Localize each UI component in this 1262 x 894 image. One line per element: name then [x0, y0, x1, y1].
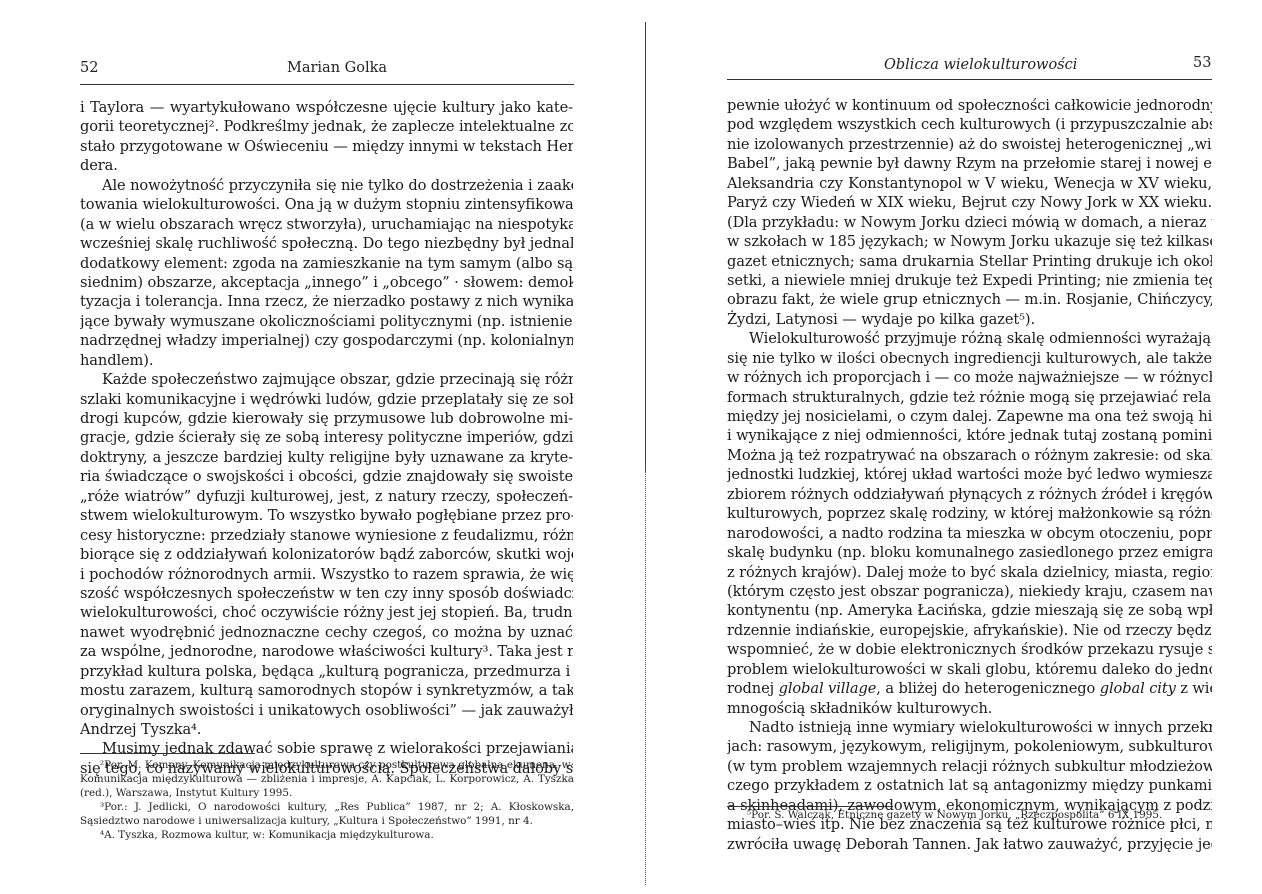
- text-line: formach strukturalnych, gdzie też różnie…: [727, 388, 1212, 407]
- text-line: Andrzej Tyszka⁴.: [80, 720, 573, 739]
- text-line: wcześniej skalę ruchliwość społeczną. Do…: [80, 234, 573, 253]
- text-line: dodatkowy element: zgoda na zamieszkanie…: [80, 254, 573, 273]
- text-line: mostu zarazem, kulturą samorodnych stopó…: [80, 681, 573, 700]
- text-line: (Dla przykładu: w Nowym Jorku dzieci mów…: [727, 213, 1212, 232]
- text-line: czego przykładem z ostatnich lat są anta…: [727, 776, 1212, 795]
- text-line: Babel”, jaką pewnie był dawny Rzym na pr…: [727, 154, 1212, 173]
- right-page: Oblicza wielokulturowości 53 pewnie ułoż…: [620, 0, 1262, 894]
- text-line: obrazu fakt, że wiele grup etnicznych — …: [727, 290, 1212, 309]
- text-line: Paryż czy Wiedeń w XIX wieku, Bejrut czy…: [727, 193, 1212, 212]
- text-line: (w tym problem wzajemnych relacji różnyc…: [727, 757, 1212, 776]
- text-line: „róże wiatrów” dyfuzji kulturowej, jest,…: [80, 487, 573, 506]
- text-line: gazet etnicznych; sama drukarnia Stellar…: [727, 252, 1212, 271]
- text-line: stwem wielokulturowym. To wszystko bywał…: [80, 506, 573, 525]
- footnote-line: (red.), Warszawa, Instytut Kultury 1995.: [80, 786, 574, 800]
- text-line: handlem).: [80, 351, 573, 370]
- text-line: kulturowych, poprzez skalę rodziny, w kt…: [727, 504, 1212, 523]
- footnote-line: ⁵Por. S. Walczak, Etniczne gazety w Nowy…: [727, 808, 1212, 822]
- text-line: Nadto istnieją inne wymiary wielokulturo…: [727, 718, 1212, 737]
- text-line: rdzennie indiańskie, europejskie, afryka…: [727, 621, 1212, 640]
- text-line: Żydzi, Latynosi — wydaje po kilka gazet⁵…: [727, 310, 1212, 329]
- text-line: cesy historyczne: przedziały stanowe wyn…: [80, 526, 573, 545]
- text-line: kontynentu (np. Ameryka Łacińska, gdzie …: [727, 601, 1212, 620]
- text-line: się nie tylko w ilości obecnych ingredie…: [727, 349, 1212, 368]
- footnotes: ²Por. M. Kempny, Komunikacja międzykultu…: [80, 758, 574, 842]
- page-number: 53: [1193, 55, 1211, 71]
- text-line: przykład kultura polska, będąca „kulturą…: [80, 662, 573, 681]
- text-line: jednostki ludzkiej, której układ wartośc…: [727, 465, 1212, 484]
- text-line: jące bywały wymuszane okolicznościami po…: [80, 312, 573, 331]
- text-line: doktryny, a jeszcze bardziej kulty relig…: [80, 448, 573, 467]
- text-line: Wielokulturowość przyjmuje różną skalę o…: [727, 329, 1212, 348]
- left-page: 52 Marian Golka i Taylora — wyartykułowa…: [0, 0, 620, 894]
- text-line: (którym często jest obszar pogranicza), …: [727, 582, 1212, 601]
- text-line: biorące się z oddziaływań kolonizatorów …: [80, 545, 573, 564]
- text-line: Każde społeczeństwo zajmujące obszar, gd…: [80, 370, 573, 389]
- running-head-author: Marian Golka: [287, 60, 387, 76]
- text-line: Ale nowożytność przyczyniła się nie tylk…: [80, 176, 573, 195]
- text-line: setki, a niewiele mniej drukuje też Expe…: [727, 271, 1212, 290]
- text-line: Musimy jednak zdawać sobie sprawę z wiel…: [80, 739, 573, 758]
- text-line: i pochodów różnorodnych armii. Wszystko …: [80, 565, 573, 584]
- text-line: stało przygotowane w Oświeceniu — między…: [80, 137, 573, 156]
- text-line: Aleksandria czy Konstantynopol w V wieku…: [727, 174, 1212, 193]
- text-line: zbiorem różnych oddziaływań płynących z …: [727, 485, 1212, 504]
- text-line: i Taylora — wyartykułowano współczesne u…: [80, 98, 573, 117]
- footnote-rule: [727, 806, 893, 807]
- text-line: rodnej global village, a bliżej do heter…: [727, 679, 1212, 698]
- text-line: zwróciła uwagę Deborah Tannen. Jak łatwo…: [727, 835, 1212, 854]
- text-line: za wspólne, jednorodne, narodowe właściw…: [80, 642, 573, 661]
- header-rule: [80, 84, 574, 85]
- text-line: w szkołach w 185 językach; w Nowym Jorku…: [727, 232, 1212, 251]
- footnote-line: ⁴A. Tyszka, Rozmowa kultur, w: Komunikac…: [80, 828, 574, 842]
- text-line: szość współczesnych społeczeństw w ten c…: [80, 584, 573, 603]
- text-line: siednim) obszarze, akceptacja „innego” i…: [80, 273, 573, 292]
- text-line: pewnie ułożyć w kontinuum od społecznośc…: [727, 96, 1212, 115]
- text-line: w różnych ich proporcjach i — co może na…: [727, 368, 1212, 387]
- text-line: skalę budynku (np. bloku komunalnego zas…: [727, 543, 1212, 562]
- text-line: nie izolowanych przestrzennie) aż do swo…: [727, 135, 1212, 154]
- text-line: między jej nosicielami, o czym dalej. Za…: [727, 407, 1212, 426]
- body-text: pewnie ułożyć w kontinuum od społecznośc…: [727, 96, 1212, 854]
- text-line: dera.: [80, 156, 573, 175]
- footnote-line: ³Por.: J. Jedlicki, O narodowości kultur…: [80, 800, 574, 814]
- text-line: (a w wielu obszarach wręcz stworzyła), u…: [80, 215, 573, 234]
- footnotes: ⁵Por. S. Walczak, Etniczne gazety w Nowy…: [727, 808, 1212, 822]
- text-line: ria świadczące o swojskości i obcości, g…: [80, 467, 573, 486]
- body-text: i Taylora — wyartykułowano współczesne u…: [80, 98, 573, 778]
- footnote-line: Komunikacja międzykulturowa — zbliżenia …: [80, 772, 574, 786]
- text-line: Można ją też rozpatrywać na obszarach o …: [727, 446, 1212, 465]
- footnote-line: ²Por. M. Kempny, Komunikacja międzykultu…: [80, 758, 574, 772]
- text-line: pod względem wszystkich cech kulturowych…: [727, 115, 1212, 134]
- text-line: nadrzędnej władzy imperialnej) czy gospo…: [80, 331, 573, 350]
- text-line: tyzacja i tolerancja. Inna rzecz, że nie…: [80, 292, 573, 311]
- text-line: oryginalnych swoistości i unikatowych os…: [80, 701, 573, 720]
- text-line: i wynikające z niej odmienności, które j…: [727, 426, 1212, 445]
- text-line: towania wielokulturowości. Ona ją w duży…: [80, 195, 573, 214]
- running-head-title: Oblicza wielokulturowości: [884, 57, 1077, 73]
- header-rule: [727, 79, 1212, 80]
- text-line: szlaki komunikacyjne i wędrówki ludów, g…: [80, 390, 573, 409]
- footnote-line: Sąsiedztwo narodowe i uniwersalizacja ku…: [80, 814, 574, 828]
- text-line: narodowości, a nadto rodzina ta mieszka …: [727, 524, 1212, 543]
- text-line: jach: rasowym, językowym, religijnym, po…: [727, 737, 1212, 756]
- text-line: gorii teoretycznej². Podkreślmy jednak, …: [80, 117, 573, 136]
- text-line: gracje, gdzie ścierały się ze sobą inter…: [80, 428, 573, 447]
- page-number: 52: [80, 60, 98, 76]
- text-line: mnogością składników kulturowych.: [727, 699, 1212, 718]
- text-line: z różnych krajów). Dalej może to być ska…: [727, 563, 1212, 582]
- text-line: problem wielokulturowości w skali globu,…: [727, 660, 1212, 679]
- footnote-rule: [80, 753, 255, 754]
- text-line: wielokulturowości, choć oczywiście różny…: [80, 603, 573, 622]
- text-line: drogi kupców, gdzie kierowały się przymu…: [80, 409, 573, 428]
- text-line: nawet wyodrębnić jednoznaczne cechy czeg…: [80, 623, 573, 642]
- text-line: wspomnieć, że w dobie elektronicznych śr…: [727, 640, 1212, 659]
